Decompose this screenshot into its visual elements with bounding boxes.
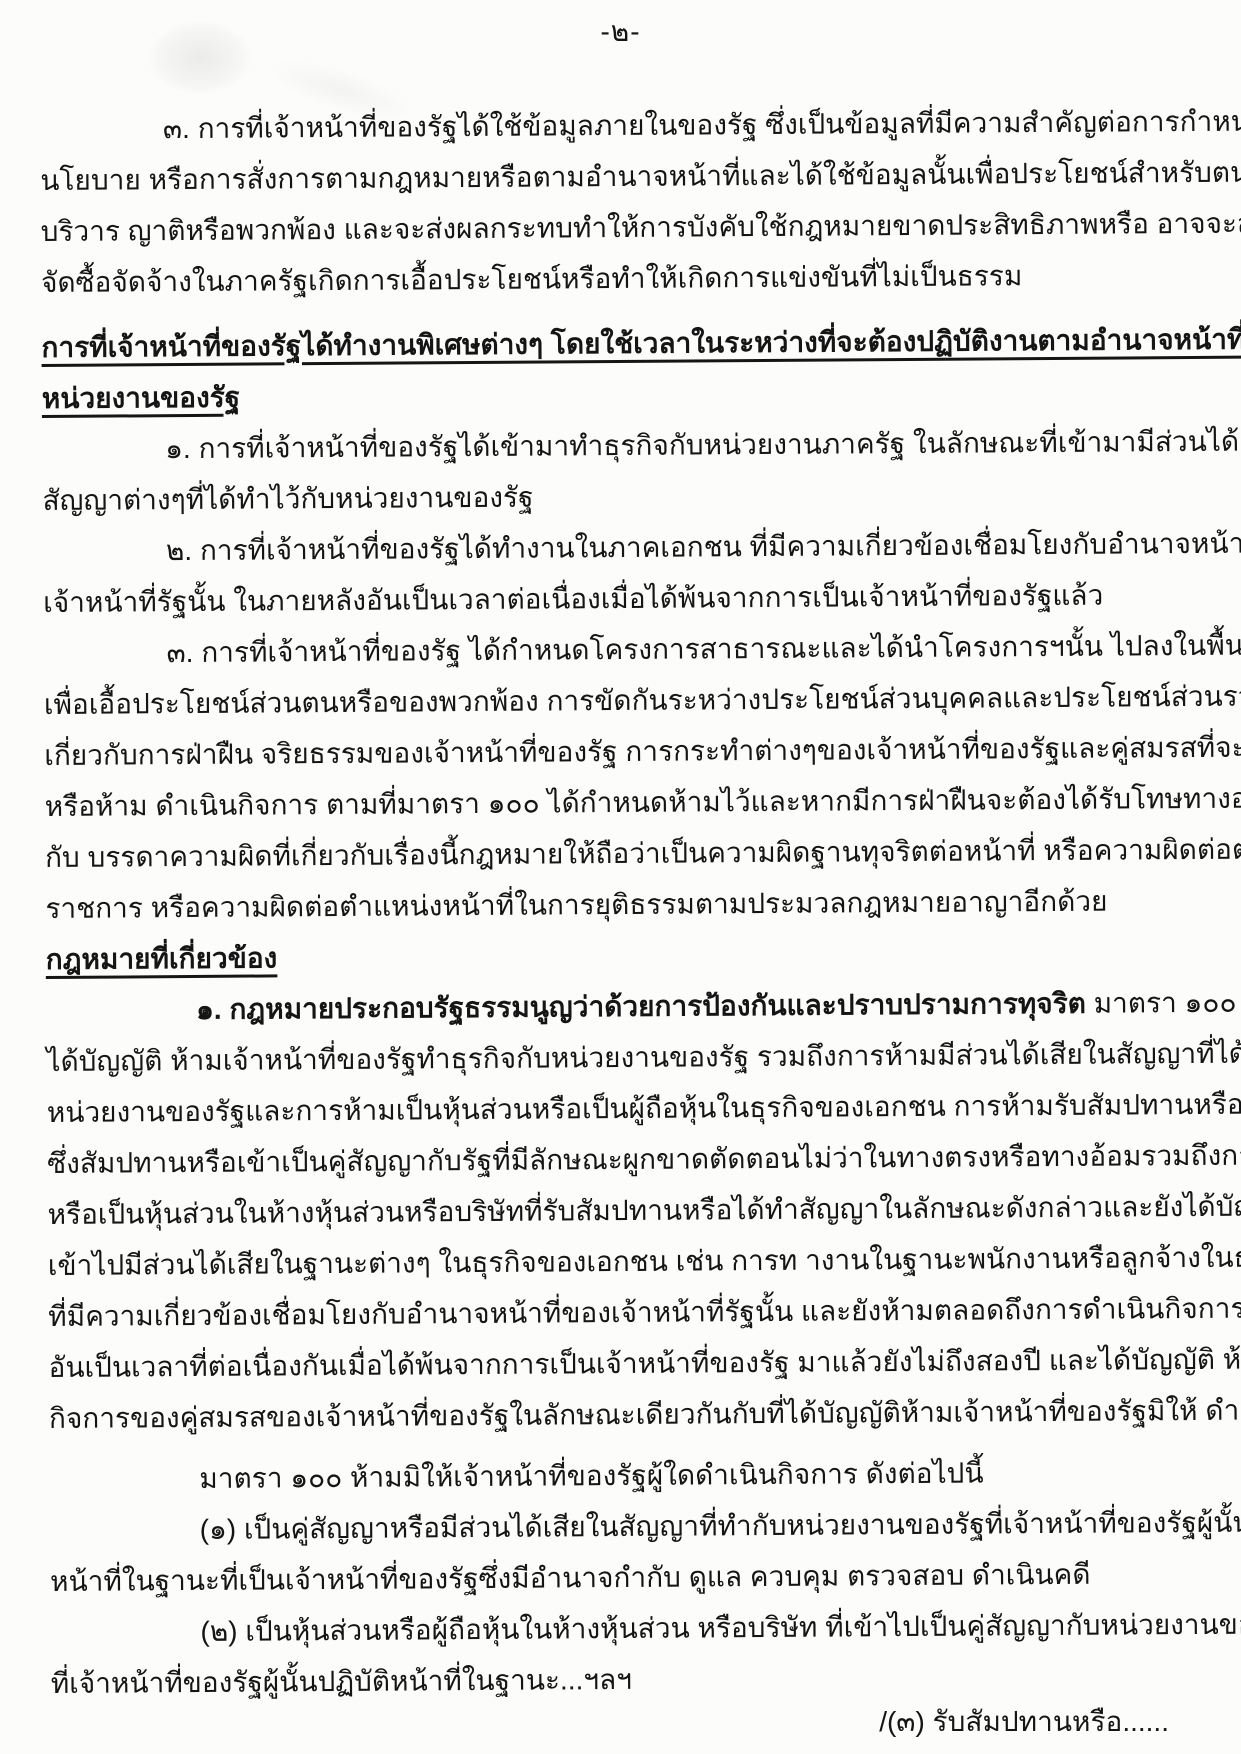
text-line: นโยบาย หรือการสั่งการตามกฎหมายหรือตามอำน… [40, 147, 1192, 206]
section-heading-laws: กฎหมายที่เกี่ยวข้อง [46, 926, 1198, 985]
text-line: หน่วยงานของรัฐและการห้ามเป็นหุ้นส่วนหรือ… [47, 1079, 1199, 1138]
text-line: ที่มีความเกี่ยวข้องเชื่อมโยงกับอำนาจหน้า… [48, 1283, 1200, 1342]
text-line: เพื่อเอื้อประโยชน์ส่วนตนหรือของพวกพ้อง ก… [44, 671, 1196, 730]
text-line: สัญญาต่างๆที่ได้ทำไว้กับหน่วยงานของรัฐ [42, 467, 1194, 526]
continuation-note: /(๓) รับสัมปทานหรือ...... [879, 1702, 1169, 1742]
law-item-regular-text: มาตรา ๑๐๐ [1086, 987, 1237, 1019]
text-line: หน้าที่ในฐานะที่เป็นเจ้าหน้าที่ของรัฐซึ่… [50, 1548, 1202, 1607]
document-body: ๓. การที่เจ้าหน้าที่ของรัฐได้ใช้ข้อมูลภา… [39, 0, 1203, 1709]
text-line: ๓. การที่เจ้าหน้าที่ของรัฐ ได้กำหนดโครงก… [43, 620, 1195, 679]
text-line: บริวาร ญาติหรือพวกพ้อง และจะส่งผลกระทบทำ… [40, 198, 1192, 257]
text-line: เข้าไปมีส่วนได้เสียในฐานะต่างๆ ในธุรกิจข… [48, 1232, 1200, 1291]
text-line: ๑. การที่เจ้าหน้าที่ของรัฐได้เข้ามาทำธุร… [42, 416, 1194, 475]
law-item-bold-text: ๑. กฎหมายประกอบรัฐธรรมนูญว่าด้วยการป้องก… [196, 988, 1086, 1025]
text-line: อันเป็นเวลาที่ต่อเนื่องกันเมื่อได้พ้นจาก… [48, 1334, 1200, 1393]
text-line: จัดซื้อจัดจ้างในภาครัฐเกิดการเอื้อประโยช… [41, 249, 1193, 308]
document-page: -๒- ๓. การที่เจ้าหน้าที่ของรัฐได้ใช้ข้อม… [0, 0, 1241, 1754]
text-line: ได้บัญญัติ ห้ามเจ้าหน้าที่ของรัฐทำธุรกิจ… [46, 1028, 1198, 1087]
section-heading-special-work-cont: หน่วยงานของรัฐ [42, 365, 1194, 424]
heading-text: การที่เจ้าหน้าที่ของรัฐได้ทำงานพิเศษต่าง… [41, 323, 1241, 363]
text-line: เจ้าหน้าที่รัฐนั้น ในภายหลังอันเป็นเวลาต… [43, 569, 1195, 628]
heading-text: หน่วยงานของรัฐ [42, 382, 241, 414]
text-line: ๒. การที่เจ้าหน้าที่ของรัฐได้ทำงานในภาคเ… [43, 518, 1195, 577]
text-line: ราชการ หรือความผิดต่อตำแหน่งหน้าที่ในการ… [45, 875, 1197, 934]
section-heading-special-work: การที่เจ้าหน้าที่ของรัฐได้ทำงานพิเศษต่าง… [41, 314, 1193, 373]
text-line: หรือเป็นหุ้นส่วนในห้างหุ้นส่วนหรือบริษัท… [47, 1181, 1199, 1240]
text-line-law-item: ๑. กฎหมายประกอบรัฐธรรมนูญว่าด้วยการป้องก… [46, 977, 1198, 1036]
text-line: ๓. การที่เจ้าหน้าที่ของรัฐได้ใช้ข้อมูลภา… [40, 96, 1192, 155]
text-line: เกี่ยวกับการฝ่าฝืน จริยธรรมของเจ้าหน้าที… [44, 722, 1196, 781]
heading-text: กฎหมายที่เกี่ยวข้อง [46, 942, 278, 975]
text-line: ที่เจ้าหน้าที่ของรัฐผู้นั้นปฏิบัติหน้าที… [51, 1650, 1203, 1709]
text-line-item-2: (๒) เป็นหุ้นส่วนหรือผู้ถือหุ้นในห้างหุ้น… [50, 1599, 1202, 1658]
text-line: ซึ่งสัมปทานหรือเข้าเป็นคู่สัญญากับรัฐที่… [47, 1130, 1199, 1189]
text-line-item-1: (๑) เป็นคู่สัญญาหรือมีส่วนได้เสียในสัญญา… [50, 1497, 1202, 1556]
text-line: กับ บรรดาความผิดที่เกี่ยวกับเรื่องนี้กฎห… [45, 824, 1197, 883]
text-line: กิจการของคู่สมรสของเจ้าหน้าที่ของรัฐในลั… [49, 1385, 1201, 1444]
text-line: หรือห้าม ดำเนินกิจการ ตามที่มาตรา ๑๐๐ ได… [44, 773, 1196, 832]
text-line-matra: มาตรา ๑๐๐ ห้ามมิให้เจ้าหน้าที่ของรัฐผู้ใ… [49, 1446, 1201, 1505]
